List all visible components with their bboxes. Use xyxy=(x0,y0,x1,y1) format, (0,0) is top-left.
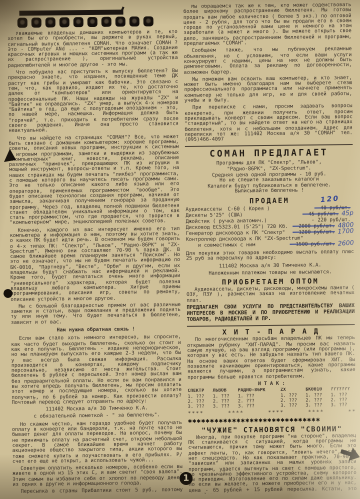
filmstrip-square-icon xyxy=(45,17,55,27)
filmstrip-square-icon xyxy=(129,16,139,26)
hit-column: СПЕКТР 1. ??? 2. ??? 3. ??? xyxy=(188,389,213,411)
shipping-note: Для покупки этих товаров необходимо высл… xyxy=(186,250,354,262)
asterisk-divider: ✱✱✱✱✱✱✱✱✱✱✱✱✱✱✱✱✱✱✱✱✱✱✱✱✱✱✱✱✱✱ xyxy=(188,416,356,425)
handwritten-price: 1700 xyxy=(338,229,354,236)
platforms-paragraph: Конечно, каждого из вас интересует именн… xyxy=(10,227,181,303)
filmstrip-square-icon xyxy=(115,17,125,27)
filmstrip-square-icon xyxy=(73,17,83,27)
payment-paragraph: Но скажем честно, нам гораздо удобнее бу… xyxy=(12,421,182,465)
soman-offers-title: СОМАН ПРЕДЛАГАЕТ xyxy=(185,148,353,160)
scanned-newsletter-page: Уважаемые владельцы домашних компьютеров… xyxy=(0,0,360,499)
hit-column: ??????? 1. ??? 2. ??? 3. ??? xyxy=(331,387,356,409)
hit-column: ZX 1. ??? 2. ??? 3. ??? xyxy=(280,388,305,410)
filmstrip-decor xyxy=(17,16,153,28)
masthead-bar xyxy=(19,10,123,16)
hit-column: БК0010 1. ??? 2. ??? 3. ??? xyxy=(305,387,330,409)
masthead-tick xyxy=(120,6,124,12)
left-column: Уважаемые владельцы домашних компьютеров… xyxy=(8,30,183,494)
handwritten-price: 2600 xyxy=(338,241,354,248)
section-divider-line xyxy=(185,144,353,147)
ink-blot-dot-icon xyxy=(3,289,12,298)
filmstrip-square-icon xyxy=(59,17,69,27)
sell-title-text: ПРОДАЕМ xyxy=(249,197,289,205)
subscription-paragraph: Если вам стало хоть немного интересно, в… xyxy=(11,335,182,406)
filmstrip-square-icon xyxy=(31,18,41,28)
intro-paragraph: Уважаемые владельцы домашних компьютеров… xyxy=(8,30,178,69)
distribution-paragraph: Мы обращаемся так же к тем, кто может со… xyxy=(183,3,351,47)
handwritten-price-note: 120 xyxy=(320,195,340,205)
correspondence-paragraph: При переписке с нами, просим задавать во… xyxy=(184,104,352,143)
hit-parade-intro: По многочисленным просьбам владельцев ПК… xyxy=(187,336,355,380)
hit-parade-table: СПЕКТР 1. ??? 2. ??? 3. ??? ЛЬВОВ 1. ???… xyxy=(188,387,356,411)
hit-column: ЛЬВОВ 1. ??? 2. ??? 3. ??? xyxy=(213,388,238,410)
feedback-callout: Нам нужна обратная связь ! xyxy=(11,327,181,334)
hit-column: РАДИО-86РК 1. ??? 2. ??? 3. ??? xyxy=(238,388,281,410)
motivation-paragraph: Что побудило нас приступить к выпуску бю… xyxy=(8,69,179,134)
mission-paragraph: Мы поможем вам освоить ваш компьютер, и … xyxy=(184,76,352,104)
aliens-text: Иногда, при покупке программ "на стороне… xyxy=(188,434,357,494)
handwritten-price: 45р xyxy=(341,211,353,218)
product-row: и совместимых с ним - 1500 руб./шт. 2600 xyxy=(186,241,354,249)
filmstrip-square-icon xyxy=(87,17,97,27)
currency-paragraph: Советуем оплатить несколько номеров, осо… xyxy=(12,465,182,488)
filmstrip-square-icon xyxy=(143,16,153,26)
scan-content: Уважаемые владельцы домашних компьютеров… xyxy=(0,0,360,499)
right-column: Мы обращаемся так же к тем, кто может со… xyxy=(183,3,357,494)
advertising-paragraph: Сообщаем также, что мы публикуем рекламн… xyxy=(184,47,352,75)
filmstrip-square-icon xyxy=(17,18,27,28)
submissions-paragraph: Мы с большой благодарностью примем от ва… xyxy=(11,303,181,326)
product-price: - 1500 руб./шт. xyxy=(290,241,335,248)
services-announcement: ПРЕДЛАГАЕМ СВОИ УСЛУГИ ПО ПРЕДСТАВИТЕЛЬС… xyxy=(187,304,355,323)
filmstrip-square-icon xyxy=(101,17,111,27)
page-number-badge: 1 xyxy=(180,472,193,485)
baltics-paragraph: Пересылка в страны Прибалтики стоит 5 ру… xyxy=(13,488,183,494)
contents-paragraph: Что вы найдете на страницах "СОМАН"? Все… xyxy=(9,135,180,227)
cod-note: Наложенным платежом товары не высылаются… xyxy=(186,270,354,277)
wholesale-text: Аудиокассеты, дискеты, дисководы, микрос… xyxy=(186,286,354,304)
product-name: и совместимых с ним xyxy=(186,242,290,249)
